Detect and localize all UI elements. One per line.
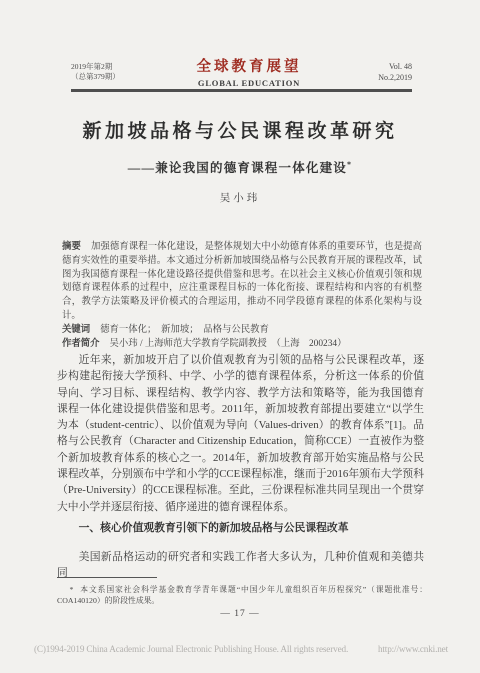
abstract-label: 摘要 — [62, 242, 81, 252]
footnote-text: 本文系国家社会科学基金教育学青年课题“中国少年儿童组织百年历程探究”（课题批准号… — [57, 585, 427, 605]
abstract-text: 加强德育课程一体化建设，是整体规划大中小幼德育体系的重要环节，也是提高德育实效性… — [62, 242, 422, 321]
issue-info: 2019年第2期 （总第379期） — [71, 55, 120, 82]
subtitle-text: ——兼论我国的德育课程一体化建设 — [128, 161, 347, 175]
page-number: — 17 — — [0, 609, 480, 619]
journal-title-en: GLOBAL EDUCATION — [196, 78, 301, 88]
cnki-url: http://www.cnki.net — [378, 644, 448, 654]
issue-line2: （总第379期） — [71, 72, 120, 82]
keywords-label: 关键词 — [62, 325, 90, 335]
journal-title-block: 全球教育展望 GLOBAL EDUCATION — [196, 55, 301, 88]
article-title: 新加坡品格与公民课程改革研究 — [0, 116, 480, 143]
body-paragraph-1-block: 近年来，新加坡开启了以价值观教育为引领的品格与公民课程改革，逐步构建起衔接大学预… — [57, 352, 424, 515]
section-1-heading: 一、核心价值观教育引领下的新加坡品格与公民课程改革 — [57, 520, 424, 535]
journal-header: 2019年第2期 （总第379期） 全球教育展望 GLOBAL EDUCATIO… — [71, 55, 412, 88]
author-bio-label: 作者简介 — [62, 339, 100, 349]
author-bio: 作者简介吴小玮 / 上海师范大学教育学院副教授 （上海 200234） — [62, 338, 422, 352]
abstract: 摘要加强德育课程一体化建设，是整体规划大中小幼德育体系的重要环节，也是提高德育实… — [62, 241, 422, 324]
footnote-line: *本文系国家社会科学基金教育学青年课题“中国少年儿童组织百年历程探究”（课题批准… — [57, 584, 427, 606]
journal-title-cn: 全球教育展望 — [196, 55, 301, 76]
volume-number: Vol. 48 — [378, 62, 412, 73]
copyright-text: (C)1994-2019 China Academic Journal Elec… — [34, 644, 348, 654]
footnote-divider — [57, 577, 157, 578]
footnote-marker: * — [69, 585, 73, 594]
keywords: 关键词德育一体化； 新加坡； 品格与公民教育 — [62, 324, 422, 338]
author-bio-text: 吴小玮 / 上海师范大学教育学院副教授 （上海 200234） — [110, 339, 347, 349]
body-paragraph-1: 近年来，新加坡开启了以价值观教育为引领的品格与公民课程改革，逐步构建起衔接大学预… — [57, 352, 424, 515]
header-divider — [71, 89, 412, 92]
article-author: 吴小玮 — [0, 190, 480, 205]
issue-number: No.2,2019 — [378, 73, 412, 84]
issue-line1: 2019年第2期 — [71, 62, 120, 72]
volume-info: Vol. 48 No.2,2019 — [378, 55, 412, 83]
article-meta: 摘要加强德育课程一体化建设，是整体规划大中小幼德育体系的重要环节，也是提高德育实… — [62, 241, 422, 351]
footnote: *本文系国家社会科学基金教育学青年课题“中国少年儿童组织百年历程探究”（课题批准… — [57, 584, 427, 606]
keywords-text: 德育一体化； 新加坡； 品格与公民教育 — [100, 325, 269, 335]
subtitle-footnote-mark: * — [347, 160, 352, 169]
copyright-bar: (C)1994-2019 China Academic Journal Elec… — [34, 644, 448, 654]
article-subtitle: ——兼论我国的德育课程一体化建设* — [0, 158, 480, 176]
scanned-paper-page: 2019年第2期 （总第379期） 全球教育展望 GLOBAL EDUCATIO… — [0, 0, 480, 673]
